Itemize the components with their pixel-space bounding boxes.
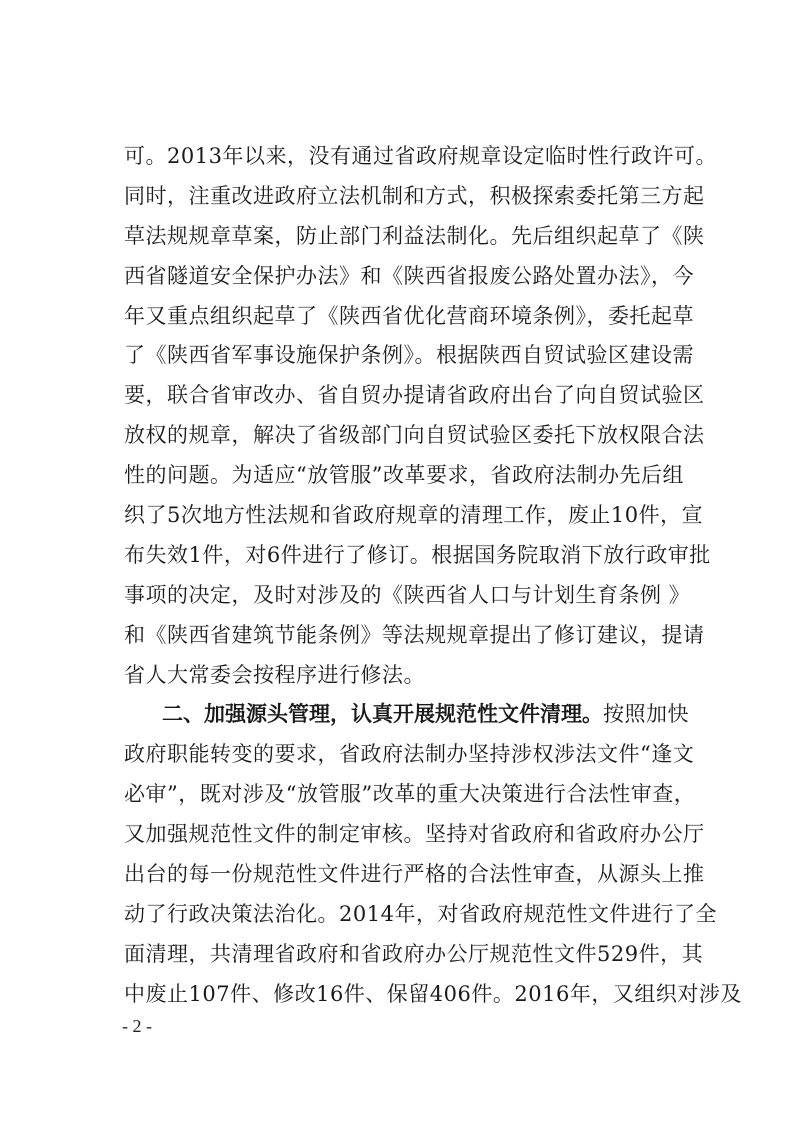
section-heading-line: 二、加强源头管理，认真开展规范性文件清理。按照加快 (124, 695, 674, 735)
paragraph-line: 要，联合省审改办、省自贸办提请省政府出台了向自贸试验区 (124, 376, 674, 416)
paragraph-line: 中废止107件、修改16件、保留406件。2016年，又组织对涉及 (124, 975, 674, 1015)
paragraph-line: 西省隧道安全保护办法》和《陕西省报废公路处置办法》，今 (124, 257, 674, 297)
paragraph-line: 又加强规范性文件的制定审核。坚持对省政府和省政府办公厅 (124, 815, 674, 855)
paragraph-line: 放权的规章，解决了省级部门向自贸试验区委托下放权限合法 (124, 416, 674, 456)
section-heading: 二、加强源头管理，认真开展规范性文件清理。 (162, 702, 603, 726)
paragraph-line: 动了行政决策法治化。2014年，对省政府规范性文件进行了全 (124, 895, 674, 935)
paragraph-line: 和《陕西省建筑节能条例》等法规规章提出了修订建议，提请 (124, 616, 674, 656)
section-text: 按照加快 (603, 702, 689, 726)
paragraph-line: 必审”，既对涉及“放管服”改革的重大决策进行合法性审查， (124, 775, 674, 815)
paragraph-line: 出台的每一份规范性文件进行严格的合法性审查，从源头上推 (124, 855, 674, 895)
paragraph-line: 政府职能转变的要求，省政府法制办坚持涉权涉法文件“逢文 (124, 735, 674, 775)
paragraph-line: 年又重点组织起草了《陕西省优化营商环境条例》，委托起草 (124, 297, 674, 337)
paragraph-line: 同时，注重改进政府立法机制和方式，积极探索委托第三方起 (124, 177, 674, 217)
paragraph-line: 省人大常委会按程序进行修法。 (124, 656, 674, 696)
paragraph-line: 织了5次地方性法规和省政府规章的清理工作，废止10件，宣 (124, 496, 674, 536)
paragraph-line: 布失效1件，对6件进行了修订。根据国务院取消下放行政审批 (124, 536, 674, 576)
paragraph-line: 了《陕西省军事设施保护条例》。根据陕西自贸试验区建设需 (124, 336, 674, 376)
paragraph-line: 面清理，共清理省政府和省政府办公厅规范性文件529件，其 (124, 935, 674, 975)
paragraph-line: 事项的决定，及时对涉及的《陕西省人口与计划生育条例 》 (124, 576, 674, 616)
document-page: 可。2013年以来，没有通过省政府规章设定临时性行政许可。 同时，注重改进政府立… (0, 0, 793, 1122)
paragraph-line: 可。2013年以来，没有通过省政府规章设定临时性行政许可。 (124, 137, 674, 177)
page-number: - 2 - (122, 1016, 152, 1037)
paragraph-line: 性的问题。为适应“放管服”改革要求，省政府法制办先后组 (124, 456, 674, 496)
paragraph-line: 草法规规章草案，防止部门利益法制化。先后组织起草了《陕 (124, 217, 674, 257)
document-body: 可。2013年以来，没有通过省政府规章设定临时性行政许可。 同时，注重改进政府立… (124, 137, 674, 1015)
